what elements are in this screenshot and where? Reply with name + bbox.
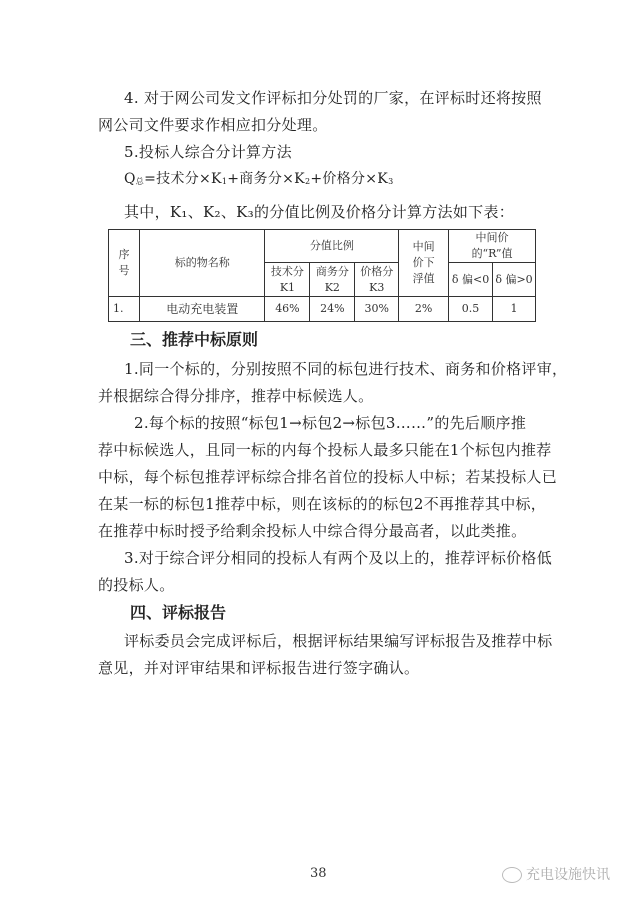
section-4-title: 四、评标报告 [130, 603, 226, 623]
section-4-line-1: 评标委员会完成评标后，根据评标结果编写评标报告及推荐中标 [124, 631, 552, 651]
paragraph-4-line-1: 4. 对于网公司发文作评标扣分处罚的厂家，在评标时还将按照 [124, 88, 542, 108]
cell-r-neg: 0.5 [449, 297, 493, 322]
header-k2: 商务分K2 [310, 263, 355, 297]
cell-k3: 30% [355, 297, 399, 322]
watermark-text: 充电设施快讯 [526, 867, 610, 883]
header-k3: 价格分K3 [355, 263, 399, 297]
section-3-item-1-line-1: 1.同一个标的，分别按照不同的标包进行技术、商务和价格评审， [124, 359, 567, 379]
section-3-title: 三、推荐中标原则 [130, 330, 258, 350]
wechat-icon [502, 867, 522, 883]
cell-k1: 46% [265, 297, 310, 322]
header-k2-label: 商务分 [310, 264, 354, 280]
header-k2-code: K2 [310, 280, 354, 296]
cell-name: 电动充电装置 [139, 297, 264, 322]
section-3-item-3-line-1: 3.对于综合评分相同的投标人有两个及以上的，推荐评标价格低 [124, 548, 552, 568]
header-delta-neg: δ 偏<0 [449, 263, 493, 297]
cell-k2: 24% [310, 297, 355, 322]
header-k1: 技术分K1 [265, 263, 310, 297]
section-3-item-2-line-5: 在推荐中标时授予给剩余投标人中综合得分最高者，以此类推。 [98, 521, 526, 541]
header-k3-code: K3 [355, 280, 398, 296]
header-ratio: 分值比例 [265, 230, 399, 263]
watermark: 充电设施快讯 [502, 864, 610, 884]
paragraph-4-line-2: 网公司文件要求作相应扣分处理。 [98, 115, 328, 135]
header-k1-label: 技术分 [265, 264, 309, 280]
formula-part-3: +价格分×K [310, 171, 388, 187]
formula-part-2: +商务分×K [227, 171, 305, 187]
formula-q-sub: 总 [136, 177, 144, 186]
table-header-row-1: 序号 标的物名称 分值比例 中间价下浮值 中间价的“R”值 [109, 230, 536, 263]
section-3-item-1-line-2: 并根据综合得分排序，推荐中标候选人。 [98, 386, 373, 406]
header-k1-code: K1 [265, 280, 309, 296]
cell-seq: 1. [109, 297, 140, 322]
table-row: 1. 电动充电装置 46% 24% 30% 2% 0.5 1 [109, 297, 536, 322]
formula-part-1: =技术分×K [144, 171, 222, 187]
header-name: 标的物名称 [139, 230, 264, 297]
header-delta-pos: δ 偏>0 [493, 263, 536, 297]
section-3-item-2-line-4: 在某一标的标包1推荐中标，则在该标的的标包2不再推荐其中标， [98, 494, 546, 514]
formula-k3-sub: 3 [388, 177, 393, 186]
section-3-item-3-line-2: 的投标人。 [98, 575, 175, 595]
score-ratio-table: 序号 标的物名称 分值比例 中间价下浮值 中间价的“R”值 技术分K1 商务分K… [108, 229, 536, 322]
paragraph-5-title: 5.投标人综合分计算方法 [124, 142, 292, 162]
header-r-value: 中间价的“R”值 [449, 230, 536, 263]
formula-q: Q [124, 171, 136, 187]
score-formula: Q总=技术分×K1+商务分×K2+价格分×K3 [124, 169, 393, 192]
section-4-line-2: 意见，并对评审结果和评标报告进行签字确认。 [98, 658, 419, 678]
header-float: 中间价下浮值 [399, 230, 449, 297]
cell-r-pos: 1 [493, 297, 536, 322]
cell-float: 2% [399, 297, 449, 322]
header-k3-label: 价格分 [355, 264, 398, 280]
section-3-item-2-line-1: 2.每个标的按照“标包1→标包2→标包3……”的先后顺序推 [134, 413, 526, 433]
header-seq: 序号 [109, 230, 140, 297]
table-intro: 其中，K₁、K₂、K₃的分值比例及价格分计算方法如下表： [124, 202, 514, 222]
section-3-item-2-line-2: 荐中标候选人，且同一标的内每个投标人最多只能在1个标包内推荐 [98, 440, 552, 460]
section-3-item-2-line-3: 中标，每个标包推荐评标综合排名首位的投标人中标；若某投标人已 [98, 467, 557, 487]
page-number: 38 [310, 866, 327, 881]
